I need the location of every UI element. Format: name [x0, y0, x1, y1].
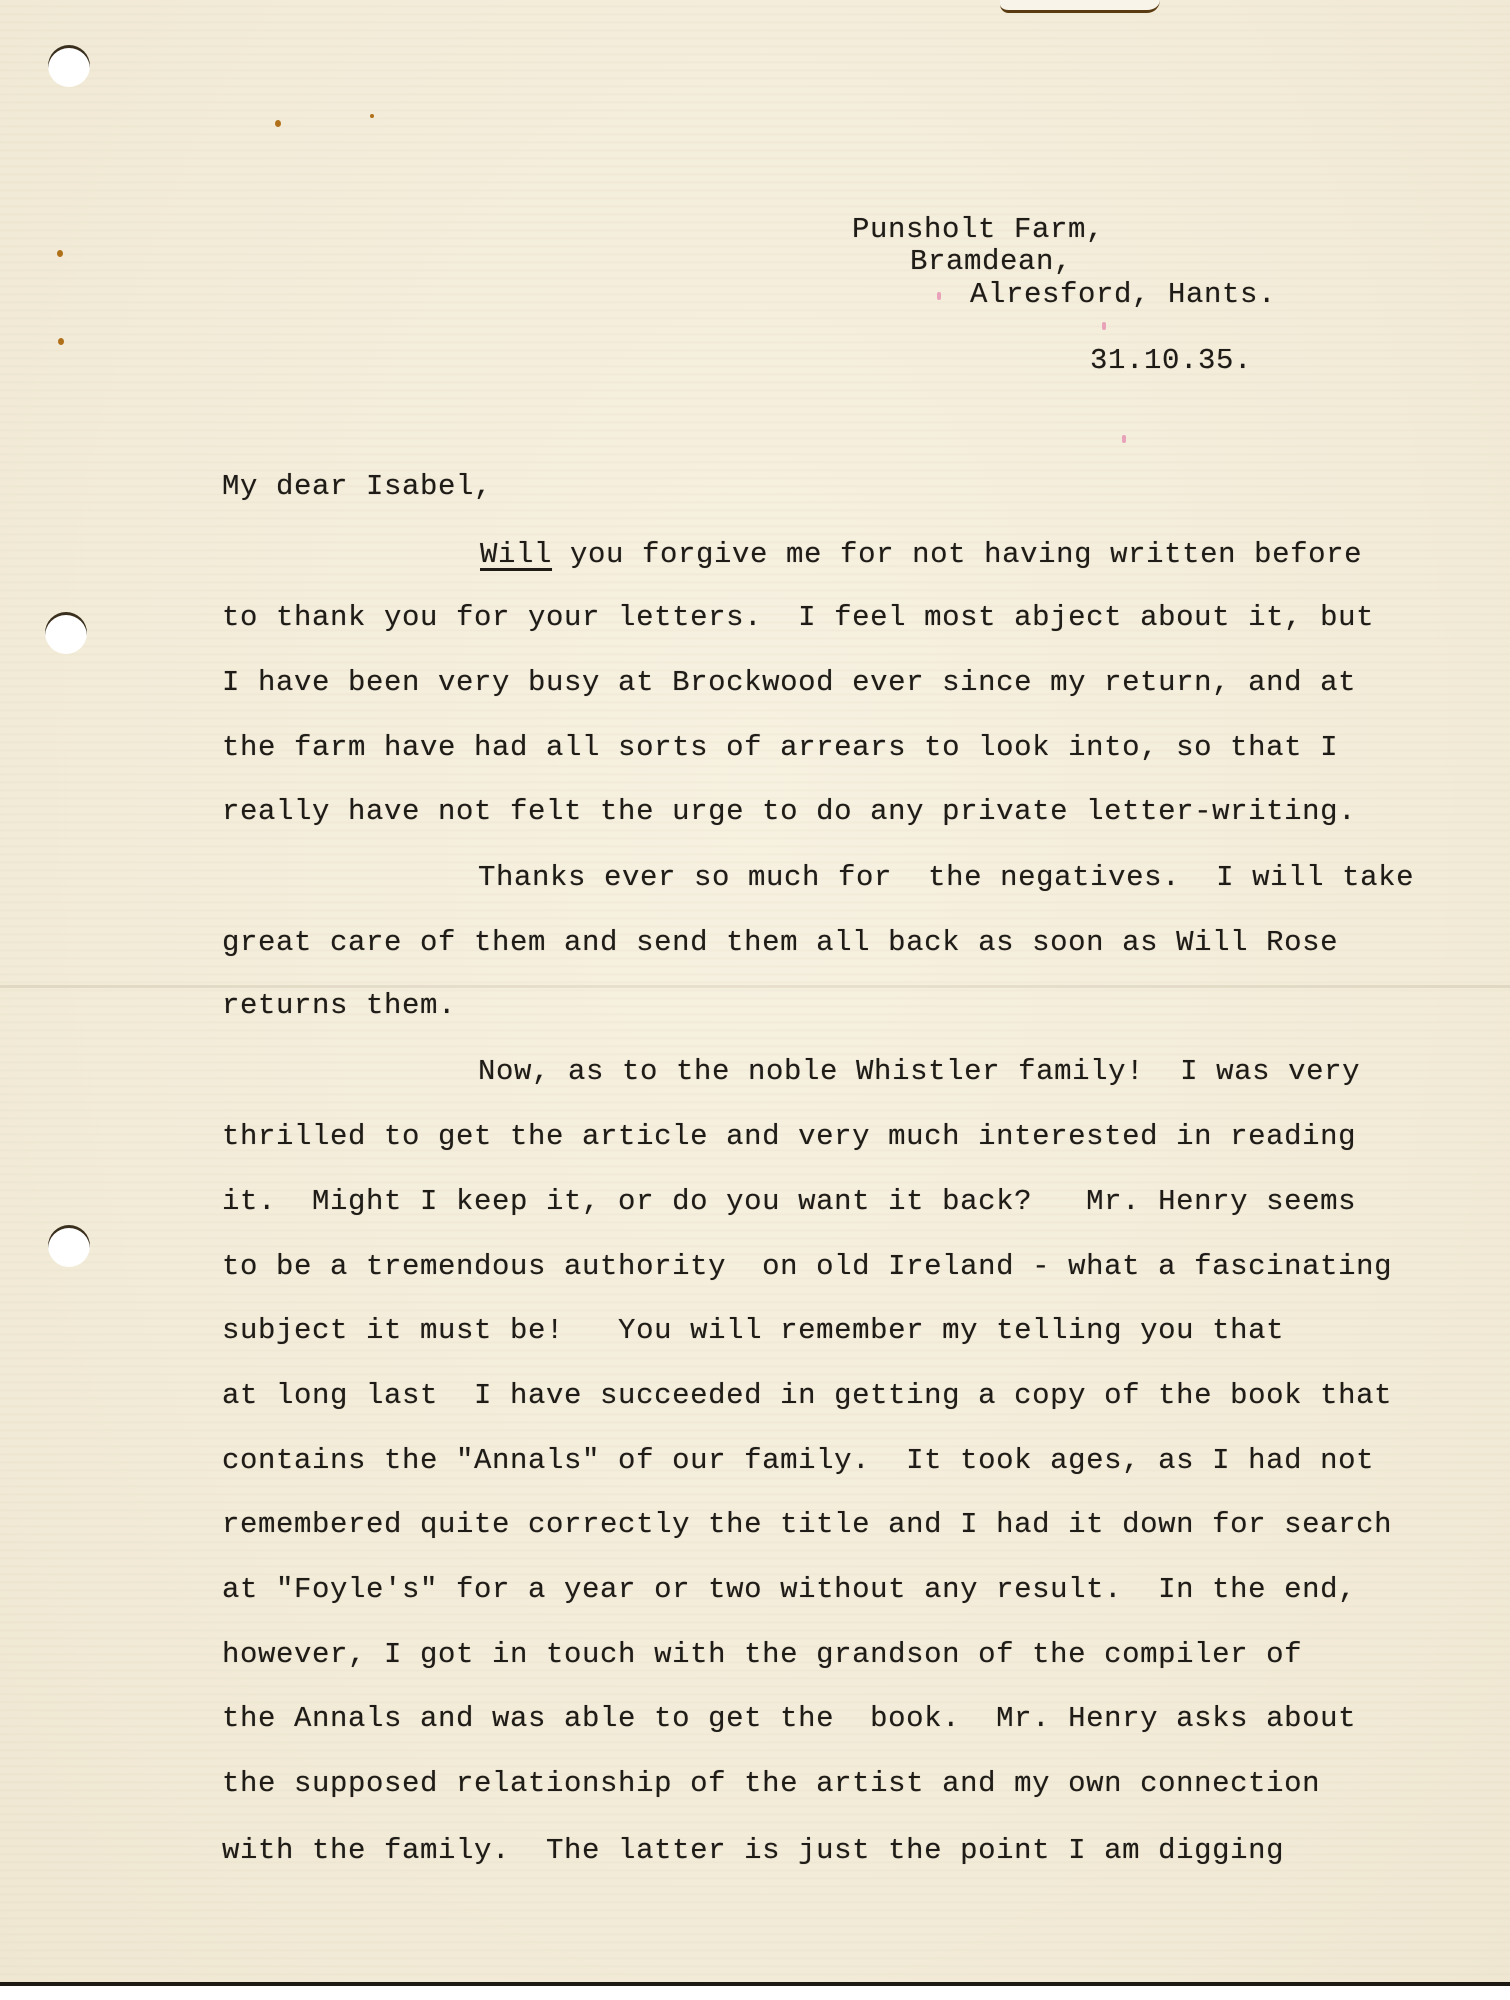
punch-hole-top [48, 45, 90, 87]
body-line-15: contains the "Annals" of our family. It … [222, 1446, 1374, 1475]
address-line-2: Bramdean, [910, 247, 1072, 276]
letter-page: Punsholt Farm, Bramdean, Alresford, Hant… [0, 0, 1510, 1986]
body-line-12: to be a tremendous authority on old Irel… [222, 1252, 1392, 1281]
body-line-11: it. Might I keep it, or do you want it b… [222, 1187, 1356, 1216]
body-line-9: Now, as to the noble Whistler family! I … [478, 1057, 1360, 1086]
body-line-2: to thank you for your letters. I feel mo… [222, 603, 1374, 632]
rust-spot [370, 114, 374, 118]
rust-spot [275, 120, 281, 127]
body-line-6: Thanks ever so much for the negatives. I… [478, 863, 1414, 892]
underlined-word: Will [480, 538, 552, 571]
body-line-7: great care of them and send them all bac… [222, 928, 1338, 957]
ink-mark [1102, 322, 1106, 330]
body-line-14: at long last I have succeeded in getting… [222, 1381, 1392, 1410]
body-line-3: I have been very busy at Brockwood ever … [222, 668, 1356, 697]
body-line-10: thrilled to get the article and very muc… [222, 1122, 1356, 1151]
ink-mark [937, 292, 941, 300]
rust-spot [57, 250, 63, 257]
letter-date: 31.10.35. [1090, 346, 1252, 375]
fold-crease [0, 985, 1510, 988]
torn-edge [1000, 0, 1160, 13]
body-line-16: remembered quite correctly the title and… [222, 1510, 1392, 1539]
body-line-13: subject it must be! You will remember my… [222, 1316, 1284, 1345]
body-line-17: at "Foyle's" for a year or two without a… [222, 1575, 1356, 1604]
body-line-20: the supposed relationship of the artist … [222, 1769, 1320, 1798]
punch-hole-middle [45, 612, 87, 654]
body-line-5: really have not felt the urge to do any … [222, 797, 1356, 826]
salutation: My dear Isabel, [222, 472, 492, 501]
address-line-3: Alresford, Hants. [970, 280, 1276, 309]
body-line-8: returns them. [222, 991, 456, 1020]
body-line-18: however, I got in touch with the grandso… [222, 1640, 1302, 1669]
body-line-1: Will you forgive me for not having writt… [480, 540, 1362, 569]
body-line-19: the Annals and was able to get the book.… [222, 1704, 1356, 1733]
body-line-21: with the family. The latter is just the … [222, 1836, 1284, 1865]
ink-mark [1122, 435, 1126, 443]
body-line-text: you forgive me for not having written be… [552, 538, 1362, 571]
rust-spot [58, 338, 64, 345]
punch-hole-bottom [48, 1225, 90, 1267]
address-line-1: Punsholt Farm, [852, 215, 1104, 244]
body-line-4: the farm have had all sorts of arrears t… [222, 733, 1338, 762]
